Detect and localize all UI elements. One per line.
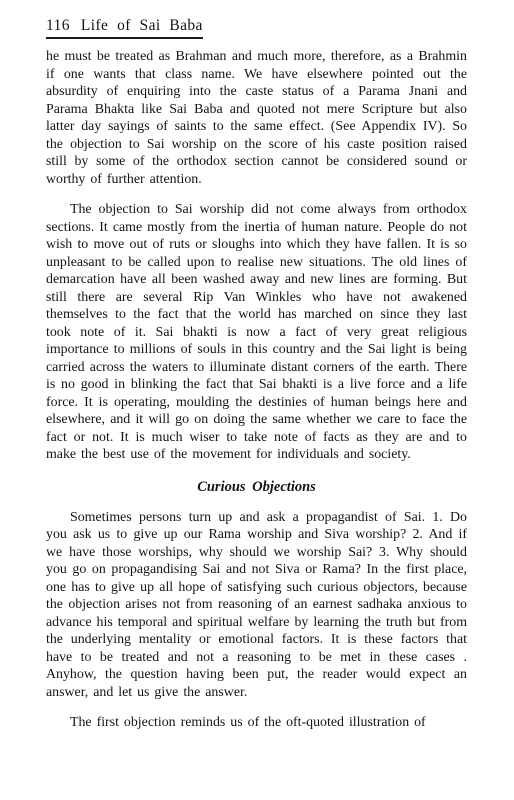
paragraph-1: he must be treated as Brahman and much m… bbox=[46, 48, 467, 188]
paragraph-2: The objection to Sai worship did not com… bbox=[46, 201, 467, 464]
paragraph-4: The first objection reminds us of the of… bbox=[46, 714, 467, 732]
paragraph-3: Sometimes persons turn up and ask a prop… bbox=[46, 509, 467, 702]
book-page: 116Life of Sai Baba he must be treated a… bbox=[0, 0, 514, 800]
running-header-text: 116Life of Sai Baba bbox=[46, 17, 203, 39]
page-number: 116 bbox=[46, 17, 70, 34]
book-title: Life of Sai Baba bbox=[81, 17, 203, 34]
running-header: 116Life of Sai Baba bbox=[46, 17, 467, 39]
page-body: he must be treated as Brahman and much m… bbox=[46, 48, 467, 732]
section-heading: Curious Objections bbox=[46, 479, 467, 496]
